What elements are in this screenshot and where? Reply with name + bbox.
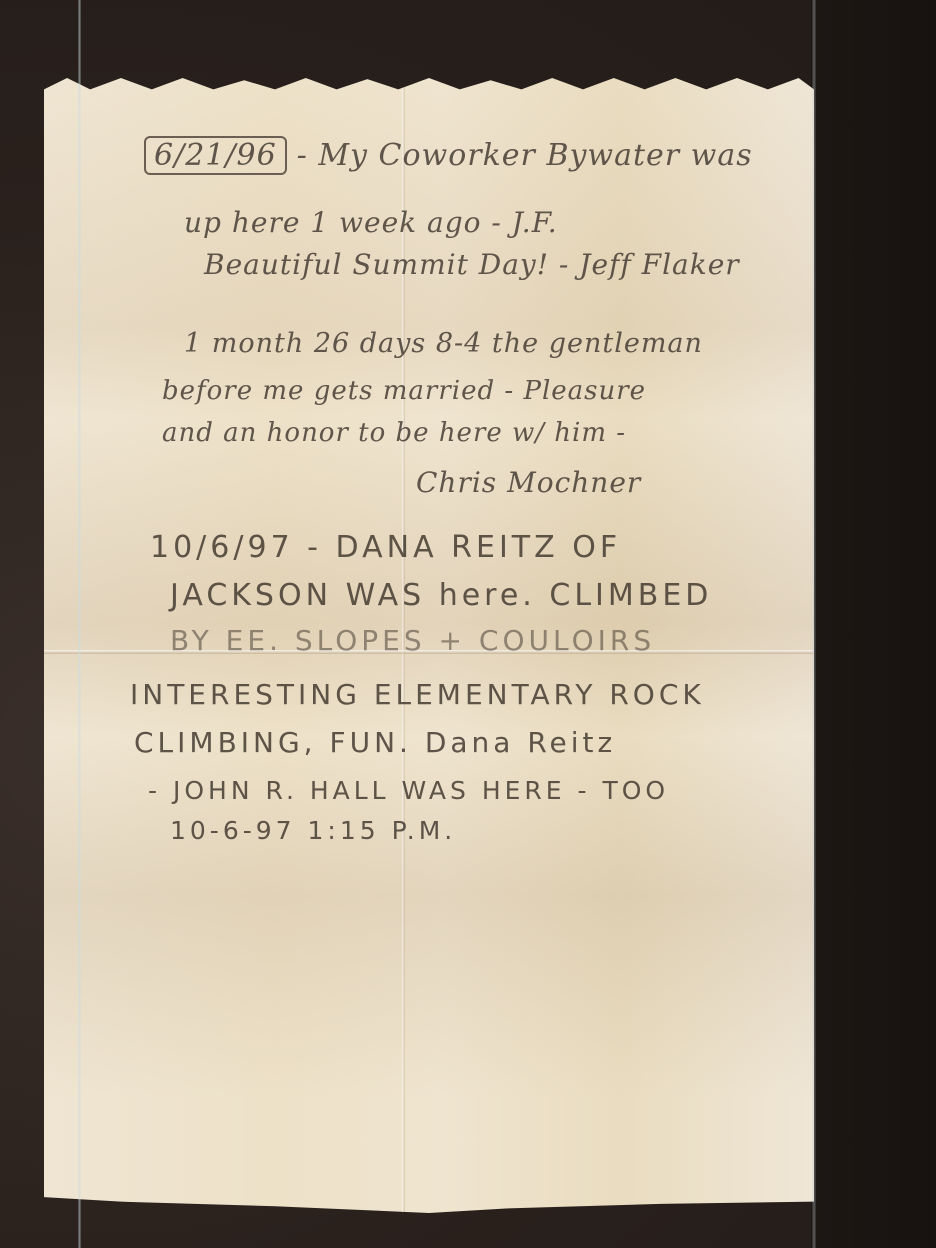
glass-pane-edge-left — [78, 0, 81, 1248]
entry-1-line-2: up here 1 week ago - J.F. — [184, 206, 558, 239]
entry-4-line-2: 10-6-97 1:15 P.M. — [170, 816, 456, 845]
entry-2-signature: Chris Mochner — [416, 466, 641, 499]
entry-4-line-1: - JOHN R. HALL WAS HERE - TOO — [148, 776, 669, 805]
entry-3-line-1: 10/6/97 - DANA REITZ OF — [150, 530, 621, 565]
entry-1-line-1: 6/21/96- My Coworker Bywater was — [144, 136, 753, 175]
entry-3-line-2: JACKSON WAS here. CLIMBED — [170, 578, 712, 613]
entry-2-line-2: before me gets married - Pleasure — [162, 376, 646, 406]
entry-2-line-3: and an honor to be here w/ him - — [162, 418, 626, 448]
display-frame — [811, 0, 936, 1248]
entry-3-line-3: BY EE. SLOPES + COULOIRS — [170, 624, 655, 657]
glass-pane-edge-right — [812, 0, 816, 1248]
handwritten-note: 6/21/96- My Coworker Bywater was up here… — [44, 78, 814, 1213]
entry-1-line-3: Beautiful Summit Day! - Jeff Flaker — [204, 248, 740, 281]
entry-1-date: 6/21/96 — [144, 136, 287, 175]
entry-3-line-5: CLIMBING, FUN. Dana Reitz — [134, 726, 616, 759]
entry-3-line-4: INTERESTING ELEMENTARY ROCK — [130, 678, 705, 711]
entry-2-line-1: 1 month 26 days 8-4 the gentleman — [184, 328, 703, 359]
